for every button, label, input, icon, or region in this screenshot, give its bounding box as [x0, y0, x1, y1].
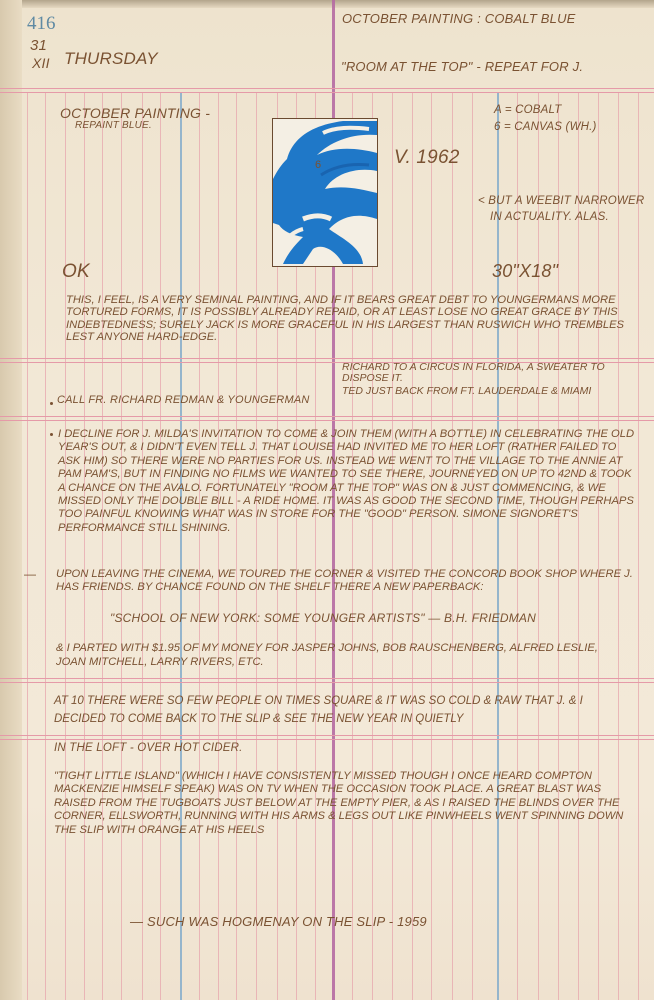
page-binding-edge: [0, 0, 22, 1000]
header-line-2: "ROOM AT THE TOP" - REPEAT FOR J.: [341, 60, 583, 73]
date-month: XII: [32, 56, 50, 70]
sketch-label: 6: [315, 160, 321, 171]
size-note-2: IN ACTUALITY. ALAS.: [490, 212, 609, 224]
call-side-note-1: RICHARD TO A CIRCUS IN FLORIDA, A SWEATE…: [342, 362, 632, 384]
header-line-1: OCTOBER PAINTING : COBALT BLUE: [342, 12, 576, 25]
version-year: V. 1962: [394, 148, 460, 167]
blue-brushstroke-sketch: [273, 119, 377, 266]
legend-a: a = COBALT: [494, 105, 562, 117]
entry-book-title: "SCHOOL OF NEW YORK: SOME YOUNGER ARTIST…: [110, 612, 536, 624]
entry-times-square: AT 10 THERE WERE SO FEW PEOPLE ON TIMES …: [54, 692, 634, 728]
entry-purchase: & I PARTED WITH $1.95 OF MY MONEY FOR JA…: [56, 642, 616, 669]
ok-mark: OK: [62, 262, 90, 281]
assessment-paragraph: THIS, I FEEL, IS A VERY SEMINAL PAINTING…: [66, 294, 626, 344]
painting-subtitle: REPAINT BLUE.: [75, 121, 152, 131]
legend-b: 6 = CANVAS (WH.): [494, 122, 597, 134]
painting-sketch: [272, 118, 378, 267]
page-number: 416: [27, 13, 56, 35]
bullet-mark: [50, 402, 53, 405]
entry-tight-little-island: "TIGHT LITTLE ISLAND" (WHICH I HAVE CONS…: [54, 770, 639, 837]
call-side-note-2: TED JUST BACK FROM FT. LAUDERDALE & MIAM…: [342, 386, 632, 397]
weekday: THURSDAY: [64, 50, 158, 67]
size-note-1: < BUT A WEEBIT NARROWER: [478, 196, 644, 208]
call-note: CALL FR. RICHARD REDMAN & YOUNGERMAN: [57, 395, 310, 406]
margin-arrow: —: [24, 568, 36, 580]
bullet-mark: [50, 433, 53, 436]
signoff: — SUCH WAS HOGMENAY ON THE SLIP - 1959: [130, 915, 427, 928]
entry-bookshop: UPON LEAVING THE CINEMA, WE TOURED THE C…: [56, 568, 641, 595]
painting-dimensions: 30"X18": [492, 262, 558, 280]
page-top-edge: [0, 0, 654, 8]
date-day: 31: [30, 38, 47, 53]
entry-loft: IN THE LOFT - OVER HOT CIDER.: [54, 743, 243, 755]
ledger-page: 416 31 XII THURSDAY OCTOBER PAINTING : C…: [0, 0, 654, 1000]
entry-declined-invitation: I DECLINE FOR J. MILDA'S INVITATION TO C…: [58, 428, 638, 535]
painting-title: OCTOBER PAINTING -: [60, 106, 210, 120]
